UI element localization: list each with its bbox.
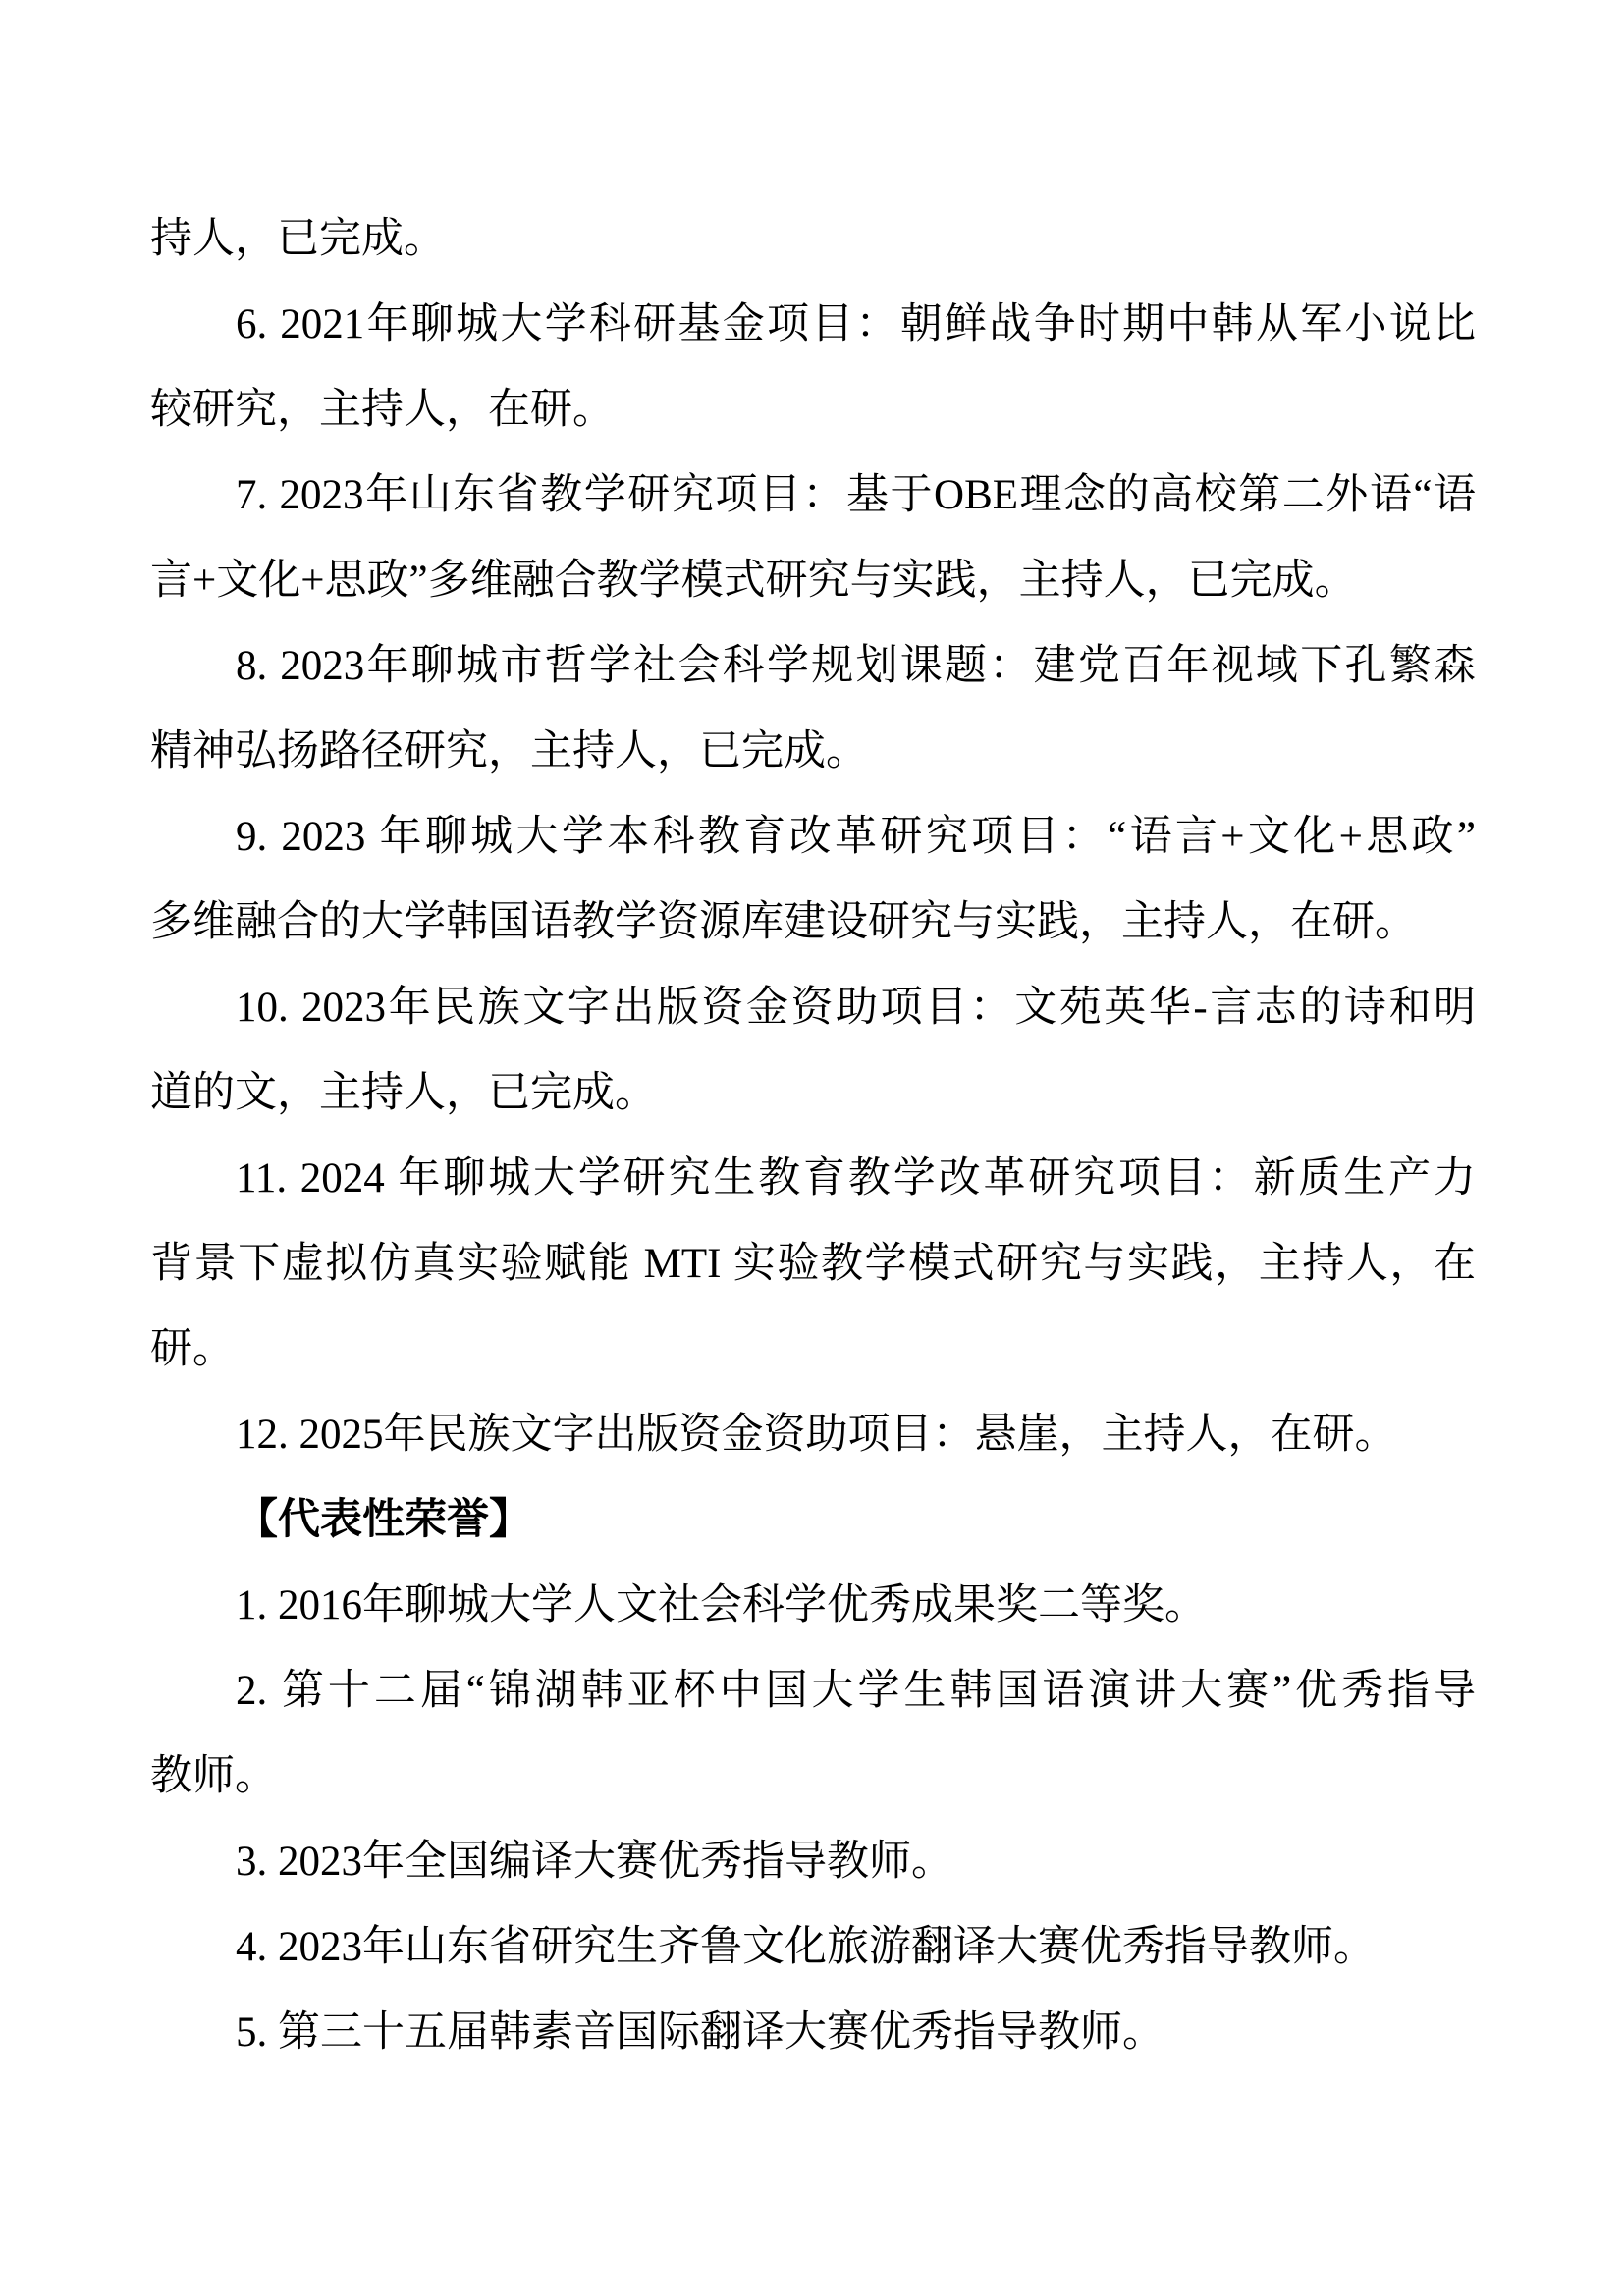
paragraph-line: 6. 2021年聊城大学科研基金项目：朝鲜战争时期中韩从军小说比 — [150, 282, 1476, 367]
paragraph-line: 4. 2023年山东省研究生齐鲁文化旅游翻译大赛优秀指导教师。 — [150, 1904, 1476, 1990]
paragraph-line: 多维融合的大学韩国语教学资源库建设研究与实践，主持人，在研。 — [150, 880, 1476, 965]
paragraph-line: 1. 2016年聊城大学人文社会科学优秀成果奖二等奖。 — [150, 1563, 1476, 1648]
text-column: 持人，已完成。 6. 2021年聊城大学科研基金项目：朝鲜战争时期中韩从军小说比… — [150, 196, 1476, 2075]
paragraph-line: 3. 2023年全国编译大赛优秀指导教师。 — [150, 1819, 1476, 1904]
projects-list: 6. 2021年聊城大学科研基金项目：朝鲜战争时期中韩从军小说比 较研究，主持人… — [150, 282, 1476, 1477]
honor-item-3: 3. 2023年全国编译大赛优秀指导教师。 — [150, 1819, 1476, 1904]
project-item-8: 8. 2023年聊城市哲学社会科学规划课题：建党百年视域下孔繁森 精神弘扬路径研… — [150, 623, 1476, 794]
project-item-6: 6. 2021年聊城大学科研基金项目：朝鲜战争时期中韩从军小说比 较研究，主持人… — [150, 282, 1476, 453]
paragraph-line: 持人，已完成。 — [150, 196, 1476, 282]
paragraph-line: 教师。 — [150, 1734, 1476, 1819]
project-item-9: 9. 2023 年聊城大学本科教育改革研究项目：“语言+文化+思政” 多维融合的… — [150, 794, 1476, 965]
paragraph-line: 5. 第三十五届韩素音国际翻译大赛优秀指导教师。 — [150, 1990, 1476, 2075]
honor-item-4: 4. 2023年山东省研究生齐鲁文化旅游翻译大赛优秀指导教师。 — [150, 1904, 1476, 1990]
paragraph-line: 7. 2023年山东省教学研究项目：基于OBE理念的高校第二外语“语 — [150, 453, 1476, 538]
paragraph-line: 研。 — [150, 1307, 1476, 1392]
project-item-11: 11. 2024 年聊城大学研究生教育教学改革研究项目：新质生产力 背景下虚拟仿… — [150, 1136, 1476, 1392]
paragraph-line: 8. 2023年聊城市哲学社会科学规划课题：建党百年视域下孔繁森 — [150, 623, 1476, 709]
section-heading-honors: 【代表性荣誉】 — [150, 1477, 1476, 1563]
project-item-7: 7. 2023年山东省教学研究项目：基于OBE理念的高校第二外语“语 言+文化+… — [150, 453, 1476, 623]
paragraph-line: 精神弘扬路径研究，主持人，已完成。 — [150, 709, 1476, 794]
honors-list: 1. 2016年聊城大学人文社会科学优秀成果奖二等奖。 2. 第十二届“锦湖韩亚… — [150, 1563, 1476, 2075]
paragraph-line: 12. 2025年民族文字出版资金资助项目：悬崖，主持人，在研。 — [150, 1392, 1476, 1477]
paragraph-line: 较研究，主持人，在研。 — [150, 367, 1476, 453]
paragraph-line: 言+文化+思政”多维融合教学模式研究与实践，主持人，已完成。 — [150, 538, 1476, 623]
honor-item-5: 5. 第三十五届韩素音国际翻译大赛优秀指导教师。 — [150, 1990, 1476, 2075]
project-item-12: 12. 2025年民族文字出版资金资助项目：悬崖，主持人，在研。 — [150, 1392, 1476, 1477]
paragraph-line: 道的文，主持人，已完成。 — [150, 1050, 1476, 1136]
honor-item-1: 1. 2016年聊城大学人文社会科学优秀成果奖二等奖。 — [150, 1563, 1476, 1648]
paragraph-line: 9. 2023 年聊城大学本科教育改革研究项目：“语言+文化+思政” — [150, 794, 1476, 880]
project-item-10: 10. 2023年民族文字出版资金资助项目：文苑英华-言志的诗和明 道的文，主持… — [150, 965, 1476, 1136]
paragraph-line: 11. 2024 年聊城大学研究生教育教学改革研究项目：新质生产力 — [150, 1136, 1476, 1221]
paragraph-line: 10. 2023年民族文字出版资金资助项目：文苑英华-言志的诗和明 — [150, 965, 1476, 1050]
project-item-5-continuation: 持人，已完成。 — [150, 196, 1476, 282]
paragraph-line: 背景下虚拟仿真实验赋能 MTI 实验教学模式研究与实践，主持人，在 — [150, 1221, 1476, 1307]
honor-item-2: 2. 第十二届“锦湖韩亚杯中国大学生韩国语演讲大赛”优秀指导 教师。 — [150, 1648, 1476, 1819]
document-page: 持人，已完成。 6. 2021年聊城大学科研基金项目：朝鲜战争时期中韩从军小说比… — [0, 0, 1624, 2296]
paragraph-line: 2. 第十二届“锦湖韩亚杯中国大学生韩国语演讲大赛”优秀指导 — [150, 1648, 1476, 1734]
